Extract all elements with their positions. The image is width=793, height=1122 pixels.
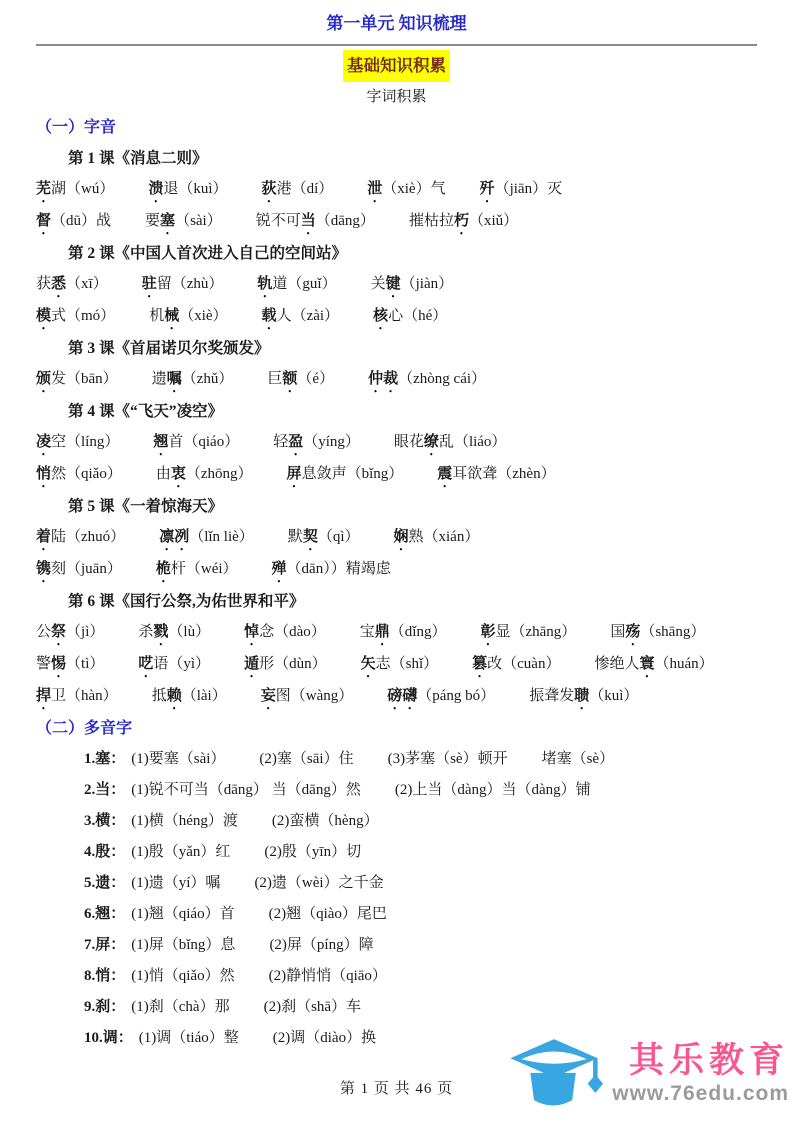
emphasized-char: 衷 [171, 466, 186, 482]
vocab-item: 机械（xiè） [149, 301, 227, 333]
emphasized-char: 当 [301, 213, 316, 229]
polyphone-part: (2)塞（sāi）住 [259, 744, 353, 775]
polyphone-part: (2)遗（wèi）之千金 [254, 868, 383, 899]
word-row: 镌刻（juān）桅杆（wéi）殚（dān））精竭虑 [36, 554, 757, 586]
vocab-item: 桅杆（wéi） [156, 554, 238, 586]
document-page: 第一单元 知识梳理 基础知识积累 字词积累 （一）字音 第 1 课《消息二则》芜… [0, 0, 793, 1054]
vocab-item: 歼（jiān）灭 [480, 174, 563, 206]
polyphone-head: 2.当： [84, 782, 125, 798]
polyphone-row: 4.殷：(1)殷（yǎn）红(2)殷（yīn）切 [36, 837, 757, 868]
emphasized-char: 泄 [367, 181, 382, 197]
emphasized-char: 轨 [257, 276, 272, 292]
emphasized-char: 械 [164, 308, 179, 324]
emphasized-char: 镌 [36, 561, 51, 577]
emphasized-char: 督 [36, 213, 51, 229]
word-row: 着陆（zhuó）凛冽（lǐn liè）默契（qì）娴熟（xián） [36, 522, 757, 554]
emphasized-char: 悄 [36, 466, 51, 482]
polyphone-list: 1.塞：(1)要塞（sài）(2)塞（sāi）住(3)茅塞（sè）顿开堵塞（sè… [36, 744, 757, 1054]
polyphone-part: (1)调（tiáo）整 [139, 1023, 239, 1054]
polyphone-row: 1.塞：(1)要塞（sài）(2)塞（sāi）住(3)茅塞（sè）顿开堵塞（sè… [36, 744, 757, 775]
emphasized-char: 妄 [261, 688, 276, 704]
word-row: 获悉（xī）驻留（zhù）轨道（guǐ）关键（jiàn） [36, 269, 757, 301]
emphasized-char: 冽 [174, 529, 189, 545]
emphasized-char: 礴 [402, 688, 417, 704]
vocab-item: 摧枯拉朽（xiǔ） [409, 206, 518, 238]
vocab-item: 着陆（zhuó） [36, 522, 125, 554]
emphasized-char: 塞 [160, 213, 175, 229]
vocab-item: 国殇（shāng） [610, 617, 705, 649]
emphasized-char: 磅 [387, 688, 402, 704]
page-number: 第 1 页 共 46 页 [340, 1081, 453, 1097]
vocab-item: 娴熟（xián） [394, 522, 480, 554]
polyphone-row: 7.屏：(1)屏（bǐng）息(2)屏（píng）障 [36, 930, 757, 961]
vocab-item: 荻港（dí） [262, 174, 334, 206]
brand-text: 其乐教育 www.76edu.com [612, 1041, 789, 1106]
word-row: 芜湖（wú）溃退（kuì）荻港（dí）泄（xiè）气歼（jiān）灭 [36, 174, 757, 206]
section-subtitle: 字词积累 [36, 82, 757, 112]
brand-name: 其乐教育 [629, 1041, 789, 1081]
vocab-item: 默契（qì） [288, 522, 360, 554]
emphasized-char: 溃 [148, 181, 163, 197]
vocab-item: 督（dū）战 [36, 206, 111, 238]
vocab-item: 杀戮（lù） [138, 617, 210, 649]
vocab-item: 轨道（guǐ） [257, 269, 336, 301]
emphasized-char: 盈 [288, 434, 303, 450]
emphasized-char: 祭 [51, 624, 66, 640]
polyphone-part: (1)屏（bǐng）息 [131, 930, 235, 961]
vocab-item: 翘首（qiáo） [153, 427, 239, 459]
polyphone-part: (2)蛮横（hèng） [272, 806, 379, 837]
vocab-item: 磅礴（páng bó） [387, 681, 495, 713]
polyphone-part: (3)茅塞（sè）顿开 [388, 744, 508, 775]
polyphone-head: 9.刹： [84, 999, 125, 1015]
emphasized-char: 裁 [383, 371, 398, 387]
emphasized-char: 呓 [138, 656, 153, 672]
polyphones-heading: （二）多音字 [36, 713, 757, 744]
vocab-item: 锐不可当（dāng） [256, 206, 375, 238]
lesson-title: 第 6 课《国行公祭,为佑世界和平》 [36, 586, 757, 617]
lesson-title: 第 2 课《中国人首次进入自己的空间站》 [36, 238, 757, 269]
polyphone-part: (2)上当（dàng）当（dàng）铺 [395, 775, 591, 806]
polyphone-head: 3.横： [84, 813, 125, 829]
emphasized-char: 翘 [153, 434, 168, 450]
emphasized-char: 契 [303, 529, 318, 545]
vocab-item: 遁形（dùn） [244, 649, 327, 681]
vocab-item: 镌刻（juān） [36, 554, 122, 586]
emphasized-char: 篡 [472, 656, 487, 672]
vocab-item: 篡改（cuàn） [472, 649, 560, 681]
vocab-item: 悄然（qiǎo） [36, 459, 122, 491]
word-row: 颁发（bān）遗嘱（zhǔ）巨额（é）仲裁（zhòng cái） [36, 364, 757, 396]
vocab-item: 警惕（tì） [36, 649, 104, 681]
emphasized-char: 核 [373, 308, 388, 324]
vocab-item: 关键（jiàn） [371, 269, 454, 301]
lesson-title: 第 1 课《消息二则》 [36, 143, 757, 174]
vocab-item: 抵赖（lài） [152, 681, 227, 713]
word-row: 凌空（líng）翘首（qiáo）轻盈（yíng）眼花缭乱（liáo） [36, 427, 757, 459]
highlighted-heading: 基础知识积累 [343, 50, 450, 82]
phonics-section: （一）字音 第 1 课《消息二则》芜湖（wú）溃退（kuì）荻港（dí）泄（xi… [36, 112, 757, 713]
emphasized-char: 遁 [244, 656, 259, 672]
vocab-item: 呓语（yì） [138, 649, 210, 681]
vocab-item: 巨额（é） [267, 364, 334, 396]
polyphone-row: 8.悄：(1)悄（qiǎo）然(2)静悄悄（qiāo） [36, 961, 757, 992]
vocab-item: 核心（hé） [373, 301, 447, 333]
emphasized-char: 模 [36, 308, 51, 324]
emphasized-char: 载 [262, 308, 277, 324]
polyphone-part: (2)翘（qiào）尾巴 [269, 899, 387, 930]
polyphone-part: (1)刹（chà）那 [131, 992, 229, 1023]
emphasized-char: 嘱 [167, 371, 182, 387]
vocab-item: 公祭（jì） [36, 617, 104, 649]
polyphone-part: (1)横（héng）渡 [131, 806, 238, 837]
vocab-item: 凛冽（lǐn liè） [159, 522, 254, 554]
polyphone-part: (2)屏（píng）障 [269, 930, 373, 961]
emphasized-char: 仲 [368, 371, 383, 387]
polyphone-part: (2)殷（yīn）切 [264, 837, 361, 868]
vocab-item: 获悉（xī） [36, 269, 108, 301]
emphasized-char: 矢 [361, 656, 376, 672]
word-row: 警惕（tì）呓语（yì）遁形（dùn）矢志（shǐ）篡改（cuàn）惨绝人寰（h… [36, 649, 757, 681]
vocab-item: 妄图（wàng） [261, 681, 354, 713]
emphasized-char: 着 [36, 529, 51, 545]
vocab-item: 遗嘱（zhǔ） [152, 364, 234, 396]
vocab-item: 震耳欲聋（zhèn） [437, 459, 555, 491]
vocab-item: 泄（xiè）气 [367, 174, 445, 206]
emphasized-char: 娴 [394, 529, 409, 545]
polyphone-part: 堵塞（sè） [542, 744, 615, 775]
emphasized-char: 捍 [36, 688, 51, 704]
emphasized-char: 悼 [244, 624, 259, 640]
vocab-item: 悼念（dào） [244, 617, 326, 649]
vocab-item: 芜湖（wú） [36, 174, 114, 206]
emphasized-char: 悉 [51, 276, 66, 292]
vocab-item: 屏息敛声（bǐng） [287, 459, 404, 491]
emphasized-char: 颁 [36, 371, 51, 387]
polyphone-part: (1)悄（qiǎo）然 [131, 961, 234, 992]
header-divider [36, 44, 757, 46]
vocab-item: 眼花缭乱（liáo） [394, 427, 507, 459]
emphasized-char: 朽 [454, 213, 469, 229]
polyphone-head: 8.悄： [84, 968, 125, 984]
polyphone-part: (1)殷（yǎn）红 [131, 837, 230, 868]
vocab-item: 矢志（shǐ） [361, 649, 439, 681]
polyphone-head: 6.翘： [84, 906, 125, 922]
polyphone-part: (2)静悄悄（qiāo） [269, 961, 387, 992]
lessons: 第 1 课《消息二则》芜湖（wú）溃退（kuì）荻港（dí）泄（xiè）气歼（j… [36, 143, 757, 713]
word-row: 公祭（jì）杀戮（lù）悼念（dào）宝鼎（dǐng）彰显（zhāng）国殇（s… [36, 617, 757, 649]
vocab-item: 溃退（kuì） [148, 174, 227, 206]
emphasized-char: 聩 [574, 688, 589, 704]
vocab-item: 惨绝人寰（huán） [594, 649, 713, 681]
emphasized-char: 殇 [625, 624, 640, 640]
emphasized-char: 惕 [51, 656, 66, 672]
lesson-title: 第 5 课《一着惊海天》 [36, 491, 757, 522]
vocab-item: 要塞（sài） [145, 206, 222, 238]
highlight-title-line: 基础知识积累 [36, 50, 757, 82]
vocab-item: 凌空（líng） [36, 427, 119, 459]
emphasized-char: 荻 [262, 181, 277, 197]
graduation-cap-icon [502, 1031, 606, 1116]
vocab-item: 彰显（zhāng） [480, 617, 576, 649]
polyphone-row: 3.横：(1)横（héng）渡(2)蛮横（hèng） [36, 806, 757, 837]
word-row: 悄然（qiǎo）由衷（zhōng）屏息敛声（bǐng）震耳欲聋（zhèn） [36, 459, 757, 491]
vocab-item: 轻盈（yíng） [273, 427, 360, 459]
emphasized-char: 戮 [153, 624, 168, 640]
polyphone-head: 5.遗： [84, 875, 125, 891]
emphasized-char: 赖 [167, 688, 182, 704]
vocab-item: 颁发（bān） [36, 364, 118, 396]
lesson-title: 第 4 课《“飞天”凌空》 [36, 396, 757, 427]
vocab-item: 载人（zài） [262, 301, 340, 333]
word-row: 模式（mó）机械（xiè）载人（zài）核心（hé） [36, 301, 757, 333]
emphasized-char: 键 [386, 276, 401, 292]
emphasized-char: 凛 [159, 529, 174, 545]
emphasized-char: 驻 [142, 276, 157, 292]
word-row: 督（dū）战要塞（sài）锐不可当（dāng）摧枯拉朽（xiǔ） [36, 206, 757, 238]
vocab-item: 模式（mó） [36, 301, 115, 333]
lesson-title: 第 3 课《首届诺贝尔奖颁发》 [36, 333, 757, 364]
phonics-heading: （一）字音 [36, 112, 757, 143]
emphasized-char: 凌 [36, 434, 51, 450]
emphasized-char: 芜 [36, 181, 51, 197]
vocab-item: 振聋发聩（kuì） [529, 681, 638, 713]
vocab-item: 殚（dān））精竭虑 [272, 554, 391, 586]
emphasized-char: 震 [437, 466, 452, 482]
word-row: 捍卫（hàn）抵赖（lài）妄图（wàng）磅礴（páng bó）振聋发聩（ku… [36, 681, 757, 713]
polyphone-part: (1)翘（qiáo）首 [131, 899, 234, 930]
emphasized-char: 殚 [272, 561, 287, 577]
page-title: 第一单元 知识梳理 [36, 12, 757, 36]
emphasized-char: 彰 [480, 624, 495, 640]
polyphone-part: (2)调（diào）换 [273, 1023, 376, 1054]
polyphone-head: 7.屏： [84, 937, 125, 953]
emphasized-char: 鼎 [375, 624, 390, 640]
vocab-item: 仲裁（zhòng cái） [368, 364, 486, 396]
vocab-item: 捍卫（hàn） [36, 681, 118, 713]
polyphone-head: 10.调： [84, 1030, 133, 1046]
vocab-item: 由衷（zhōng） [156, 459, 253, 491]
brand-url: www.76edu.com [612, 1081, 789, 1106]
emphasized-char: 歼 [480, 181, 495, 197]
polyphones-section: （二）多音字 1.塞：(1)要塞（sài）(2)塞（sāi）住(3)茅塞（sè）… [36, 713, 757, 1054]
vocab-item: 宝鼎（dǐng） [360, 617, 447, 649]
emphasized-char: 桅 [156, 561, 171, 577]
polyphone-part: (1)遗（yí）嘱 [131, 868, 220, 899]
polyphone-part: (2)刹（shā）车 [264, 992, 362, 1023]
emphasized-char: 额 [282, 371, 297, 387]
polyphone-row: 2.当：(1)锐不可当（dāng） 当（dāng）然(2)上当（dàng）当（d… [36, 775, 757, 806]
polyphone-head: 4.殷： [84, 844, 125, 860]
polyphone-row: 6.翘：(1)翘（qiáo）首(2)翘（qiào）尾巴 [36, 899, 757, 930]
vocab-item: 驻留（zhù） [142, 269, 224, 301]
polyphone-part: (1)要塞（sài） [131, 744, 225, 775]
emphasized-char: 屏 [287, 466, 302, 482]
emphasized-char: 寰 [639, 656, 654, 672]
brand-logo: 其乐教育 www.76edu.com [502, 1031, 789, 1116]
emphasized-char: 缭 [424, 434, 439, 450]
polyphone-row: 5.遗：(1)遗（yí）嘱(2)遗（wèi）之千金 [36, 868, 757, 899]
polyphone-head: 1.塞： [84, 751, 125, 767]
polyphone-part: (1)锐不可当（dāng） 当（dāng）然 [131, 775, 361, 806]
polyphone-row: 9.刹：(1)刹（chà）那(2)刹（shā）车 [36, 992, 757, 1023]
